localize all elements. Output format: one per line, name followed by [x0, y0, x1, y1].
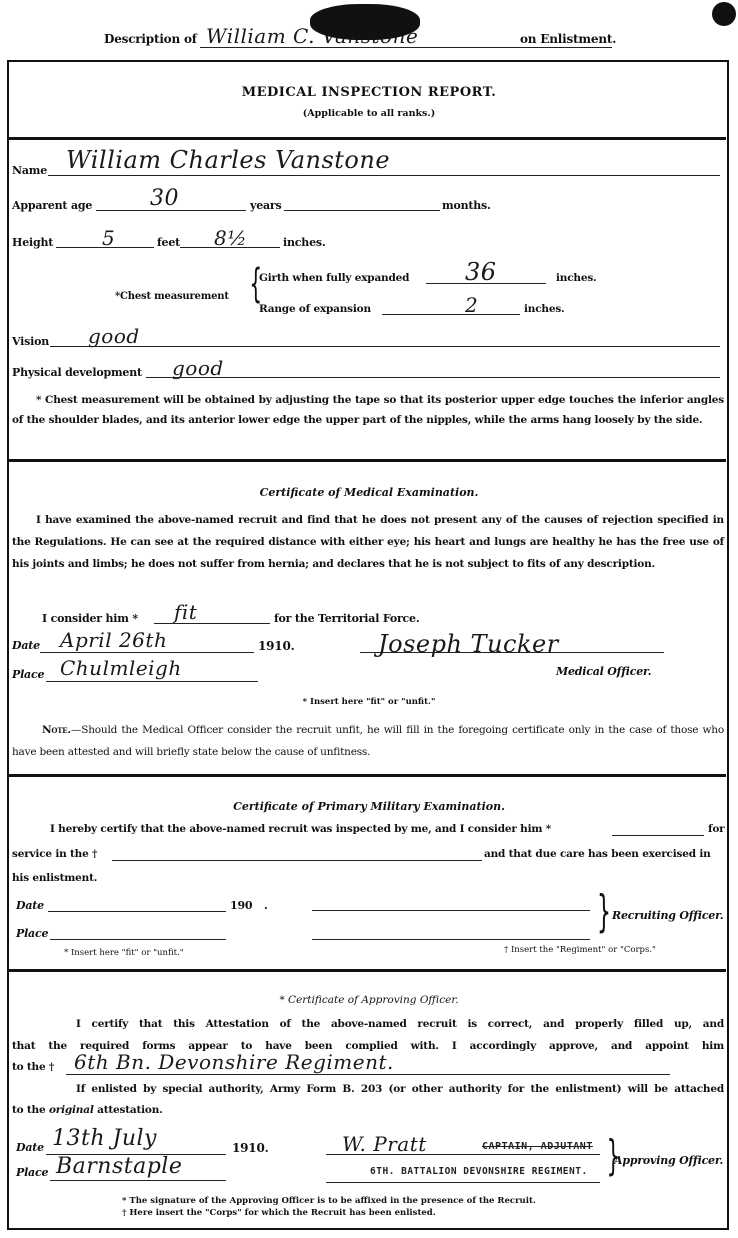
medical-place-label: Place [12, 668, 44, 681]
girth-unit: inches. [556, 272, 597, 284]
primary-line2-prefix: service in the † [12, 848, 97, 860]
approving-line5: to the original attestation. [12, 1104, 163, 1116]
height-label: Height [12, 236, 53, 249]
approving-year-value[interactable]: 1910. [232, 1141, 269, 1155]
range-value[interactable]: 2 [465, 293, 478, 317]
consider-suffix: for the Territorial Force. [274, 612, 420, 625]
approving-line3-prefix: to the † [12, 1061, 54, 1073]
approving-officer-signature: W. Pratt [342, 1132, 427, 1156]
note-body: —Should the Medical Officer consider the… [12, 724, 724, 758]
note-prefix: Note. [42, 724, 71, 736]
range-label: Range of expansion [259, 303, 371, 315]
height-feet-value[interactable]: 5 [102, 226, 115, 250]
approving-line4: If enlisted by special authority, Army F… [76, 1083, 724, 1095]
consider-value[interactable]: fit [174, 600, 197, 624]
recruiting-sign-line-1[interactable] [312, 910, 590, 911]
primary-service-field[interactable] [112, 860, 482, 861]
approving-line1: I certify that this Attestation of the a… [76, 1018, 724, 1030]
report-subtitle: (Applicable to all ranks.) [0, 108, 738, 119]
primary-place-label: Place [16, 927, 48, 940]
medical-date-label: Date [12, 639, 40, 652]
primary-date-label: Date [16, 899, 44, 912]
vision-value[interactable]: good [88, 324, 140, 348]
stamp-line2: 6TH. BATTALION DEVONSHIRE REGIMENT. [370, 1166, 588, 1177]
description-suffix: on Enlistment. [520, 32, 616, 46]
medical-place-value[interactable]: Chulmleigh [60, 656, 182, 680]
consider-prefix: I consider him * [42, 612, 138, 625]
approving-date-value[interactable]: 13th July [52, 1126, 157, 1151]
description-prefix: Description of [104, 32, 197, 46]
age-label: Apparent age [12, 199, 92, 212]
primary-line2-suffix: and that due care has been exercised in [484, 848, 711, 860]
stamp-line1: CAPTAIN, ADJUTANT [482, 1141, 593, 1152]
primary-date-field[interactable] [48, 911, 226, 912]
line5-original: original [49, 1104, 94, 1116]
primary-line1-prefix: I hereby certify that the above-named re… [50, 823, 551, 835]
medical-officer-signature: Joseph Tucker [378, 630, 559, 658]
approving-place-label: Place [16, 1166, 48, 1179]
primary-place-field[interactable] [50, 939, 226, 940]
approving-place-value[interactable]: Barnstaple [56, 1154, 182, 1179]
vision-label: Vision [12, 335, 49, 348]
chest-note: * Chest measurement will be obtained by … [12, 390, 724, 430]
name-label: Name [12, 164, 47, 177]
primary-footnote-left: * Insert here "fit" or "unfit." [64, 948, 184, 958]
range-unit: inches. [524, 303, 565, 315]
girth-label: Girth when fully expanded [259, 272, 409, 284]
recruiting-sign-line-2[interactable] [312, 939, 590, 940]
hole-punch [712, 2, 736, 26]
line5-prefix: to the [12, 1104, 45, 1116]
primary-year-dot: . [264, 899, 268, 912]
medical-date-value[interactable]: April 26th [60, 628, 167, 652]
chest-label: *Chest measurement [115, 291, 229, 302]
feet-label: feet [157, 236, 180, 249]
medical-cert-heading: Certificate of Medical Examination. [0, 486, 738, 499]
approving-date-label: Date [16, 1141, 44, 1154]
primary-cert-heading: Certificate of Primary Military Examinat… [0, 800, 738, 813]
medical-footnote: * Insert here "fit" or "unfit." [0, 697, 738, 707]
inches-label: inches. [283, 236, 326, 249]
approving-officer-label: Approving Officer. [614, 1154, 723, 1167]
chest-brace: { [249, 264, 262, 304]
medical-cert-body: I have examined the above-named recruit … [12, 509, 724, 575]
approving-footnote-1: * The signature of the Approving Officer… [122, 1196, 536, 1206]
primary-line3: his enlistment. [12, 872, 97, 884]
physical-value[interactable]: good [172, 356, 224, 380]
approving-footnote-2: † Here insert the "Corps" for which the … [122, 1208, 436, 1218]
line5-suffix: attestation. [97, 1104, 162, 1116]
medical-note: Note.—Should the Medical Officer conside… [12, 719, 724, 763]
redaction-blot [310, 4, 420, 40]
years-label: years [250, 199, 282, 212]
primary-line1-suffix: for [708, 823, 724, 835]
description-header: Description of William C. Vanstone on En… [100, 28, 640, 52]
primary-footnote-right: † Insert the "Regiment" or "Corps." [504, 945, 656, 955]
height-inches-value[interactable]: 8½ [214, 226, 247, 250]
report-title: MEDICAL INSPECTION REPORT. [0, 85, 738, 100]
girth-value[interactable]: 36 [465, 258, 497, 286]
regiment-value[interactable]: 6th Bn. Devonshire Regiment. [74, 1050, 394, 1074]
physical-label: Physical development [12, 366, 142, 379]
name-value[interactable]: William Charles Vanstone [66, 146, 390, 174]
age-years-value[interactable]: 30 [150, 186, 179, 211]
medical-year-value[interactable]: 1910. [258, 639, 295, 653]
recruiting-officer-label: Recruiting Officer. [612, 909, 723, 922]
months-label: months. [442, 199, 491, 212]
recruiting-brace: } [597, 890, 611, 934]
approving-cert-heading: * Certificate of Approving Officer. [0, 994, 738, 1006]
medical-officer-label: Medical Officer. [556, 665, 651, 678]
primary-fit-field[interactable] [612, 835, 704, 836]
primary-year-label: 190 [230, 899, 252, 912]
